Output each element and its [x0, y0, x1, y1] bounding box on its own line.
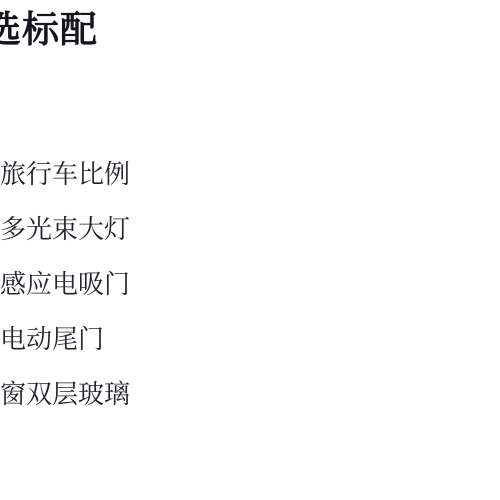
- feature-label: 感应电吸门: [0, 269, 130, 299]
- list-item: 感应电吸门: [0, 269, 500, 324]
- feature-label: 窗双层玻璃: [0, 379, 130, 409]
- list-item: 旅行车比例: [0, 159, 500, 214]
- feature-list-screen: 选标配 旅行车比例 多光束大灯 感应电吸门 电动尾门 窗双层玻璃: [0, 0, 500, 500]
- page-title: 选标配: [0, 8, 98, 52]
- feature-label: 旅行车比例: [0, 159, 130, 189]
- feature-label: 多光束大灯: [0, 214, 130, 244]
- list-item: 窗双层玻璃: [0, 379, 500, 434]
- feature-list: 旅行车比例 多光束大灯 感应电吸门 电动尾门 窗双层玻璃: [0, 159, 500, 434]
- feature-label: 电动尾门: [0, 324, 104, 354]
- list-item: 多光束大灯: [0, 214, 500, 269]
- list-item: 电动尾门: [0, 324, 500, 379]
